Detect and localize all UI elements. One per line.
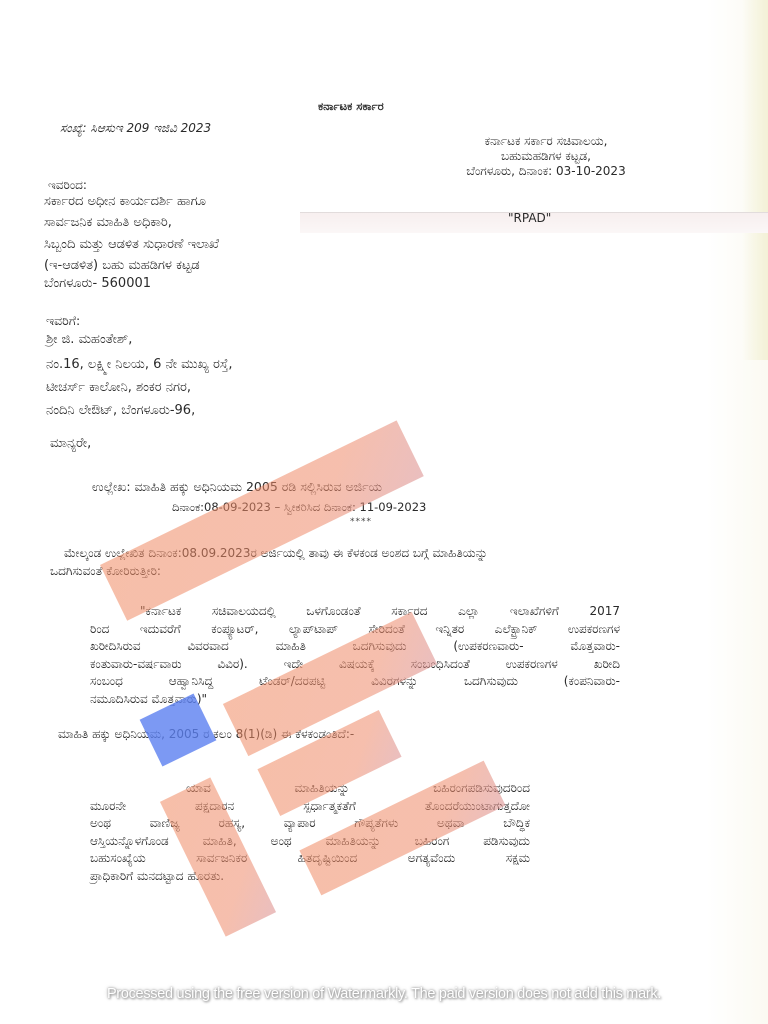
to-line: ನಂದಿನಿ ಲೇಔಟ್, ಬೆಂಗಳೂರು-96, xyxy=(46,401,195,421)
watermark-text: Processed using the free version of Wate… xyxy=(0,986,768,1002)
from-line: ಸಿಬ್ಬಂದಿ ಮತ್ತು ಆಡಳಿತ ಸುಧಾರಣೆ ಇಲಾಖೆ xyxy=(44,235,219,255)
dispatch-mode: "RPAD" xyxy=(508,208,551,228)
salutation: ಮಾನ್ಯರೇ, xyxy=(50,434,91,454)
office-date-line: ಬೆಂಗಳೂರು, ದಿನಾಂಕ: 03-10-2023 xyxy=(436,164,656,179)
reference-number: ಸಂಖ್ಯೆ: ಸಿಆಸುಇ 209 ಇಜಿವಿ 2023 xyxy=(60,118,211,138)
paper-edge-tint xyxy=(742,0,768,360)
from-line: (ಇ-ಆಡಳಿತ) ಬಹು ಮಹಡಿಗಳ ಕಟ್ಟಡ xyxy=(44,256,200,276)
to-line: ನಂ.16, ಲಕ್ಷ್ಮೀ ನಿಲಯ, 6 ನೇ ಮುಖ್ಯ ರಸ್ತೆ, xyxy=(46,355,233,375)
office-line: ಕರ್ನಾಟಕ ಸರ್ಕಾರ ಸಚಿವಾಲಯ, xyxy=(436,134,656,149)
office-line: ಬಹುಮಹಡಿಗಳ ಕಟ್ಟಡ, xyxy=(436,149,656,164)
document-title: ಕರ್ನಾಟಕ ಸರ್ಕಾರ xyxy=(318,96,384,116)
quote-line: ರಿಂದ ಇದುವರೆಗೆ ಕಂಪ್ಯೂಟರ್, ಲ್ಯಾಪ್‌ಟಾಪ್ ಸೇರ… xyxy=(90,621,620,639)
separator-stars: **** xyxy=(350,512,372,532)
from-line: ಸರ್ಕಾರದ ಅಧೀನ ಕಾರ್ಯದರ್ಶಿ ಹಾಗೂ xyxy=(44,192,206,212)
from-line: ಸಾರ್ವಜನಿಕ ಮಾಹಿತಿ ಅಧಿಕಾರಿ, xyxy=(44,213,172,233)
quote-line: "ಕರ್ನಾಟಕ ಸಚಿವಾಲಯದಲ್ಲಿ ಒಳಗೊಂಡಂತೆ ಸರ್ಕಾರದ … xyxy=(90,603,620,621)
from-postal-line: ಬೆಂಗಳೂರು- 560001 xyxy=(44,274,151,294)
to-line: ಶ್ರೀ ಜಿ. ಮಹಂತೇಶ್, xyxy=(46,330,132,350)
to-line: ಟೀಚರ್ಸ್ ಕಾಲೋನಿ, ಶಂಕರ ನಗರ, xyxy=(46,378,191,398)
to-label: ಇವರಿಗೆ: xyxy=(46,311,80,331)
office-address: ಕರ್ನಾಟಕ ಸರ್ಕಾರ ಸಚಿವಾಲಯ, ಬಹುಮಹಡಿಗಳ ಕಟ್ಟಡ,… xyxy=(436,134,656,179)
